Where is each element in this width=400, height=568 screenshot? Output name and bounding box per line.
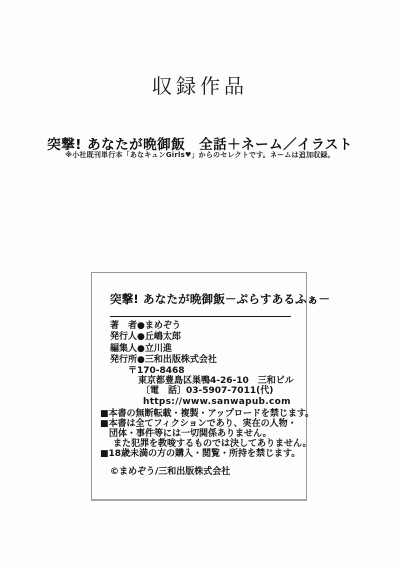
phone-line: 〔電 話〕03-5907-7011(代) (110, 386, 294, 396)
notice-age-restriction: ■18歳未満の方の購入・閲覧・所持を禁じます。 (100, 449, 314, 459)
notice-fiction-1: ■本書は全てフィクションであり、実在の人物・ (100, 419, 314, 429)
notice-fiction-3: また犯罪を教唆するものでは決してありません。 (100, 439, 314, 449)
credit-label: 編集人 (110, 344, 137, 354)
publisher-address-block: 〒170-8468 東京都豊島区巣鴨4-26-10 三和ビル 〔電 話〕03-5… (110, 366, 294, 407)
credit-bullet-icon: ● (137, 332, 145, 342)
copyright-line: ©まめぞう/三和出版株式会社 (110, 464, 230, 477)
credit-bullet-icon: ● (137, 355, 145, 365)
credit-name: まめぞう (145, 321, 181, 331)
credit-row-author: 著 者●まめぞう (110, 321, 217, 332)
colophon-box: 突撃! あなたが晩御飯－ぷらすあるふぁ－ 著 者●まめぞう 発行人●丘嶋太郎 編… (91, 272, 307, 501)
legal-notices-block: ■本書の無断転載・複製・アップロードを禁じます。 ■本書は全てフィクションであり… (100, 409, 314, 459)
colophon-page: { "page": { "collected_works_heading": "… (0, 0, 400, 568)
credit-label: 著 者 (110, 321, 137, 331)
collected-works-heading: 収録作品 (0, 70, 400, 99)
notice-fiction-2: 団体・事件等には一切関係ありません。 (100, 429, 314, 439)
book-title: 突撃! あなたが晩御飯－ぷらすあるふぁ－ (110, 291, 330, 307)
credit-label: 発行人 (110, 332, 137, 342)
credit-label: 発行所 (110, 355, 137, 365)
contents-note: ※小社既刊単行本「あなキュンGirls♥」からのセレクトです。ネームは追加収録。 (0, 150, 400, 160)
credit-name: 丘嶋太郎 (145, 332, 181, 342)
credit-row-editor: 編集人●立川進 (110, 344, 217, 355)
address-line: 東京都豊島区巣鴨4-26-10 三和ビル (110, 376, 294, 386)
credit-name: 立川進 (145, 344, 172, 354)
credit-bullet-icon: ● (137, 344, 145, 354)
credits-block: 著 者●まめぞう 発行人●丘嶋太郎 編集人●立川進 発行所●三和出版株式会社 (110, 321, 217, 367)
website-url: https://www.sanwapub.com (110, 397, 294, 407)
credit-row-publisher: 発行人●丘嶋太郎 (110, 332, 217, 343)
credit-row-publishing-house: 発行所●三和出版株式会社 (110, 355, 217, 366)
credit-name: 三和出版株式会社 (145, 355, 217, 365)
title-underline-divider (110, 316, 291, 317)
postal-code: 〒170-8468 (110, 366, 294, 376)
notice-no-reproduction: ■本書の無断転載・複製・アップロードを禁じます。 (100, 409, 314, 419)
credit-bullet-icon: ● (137, 321, 145, 331)
